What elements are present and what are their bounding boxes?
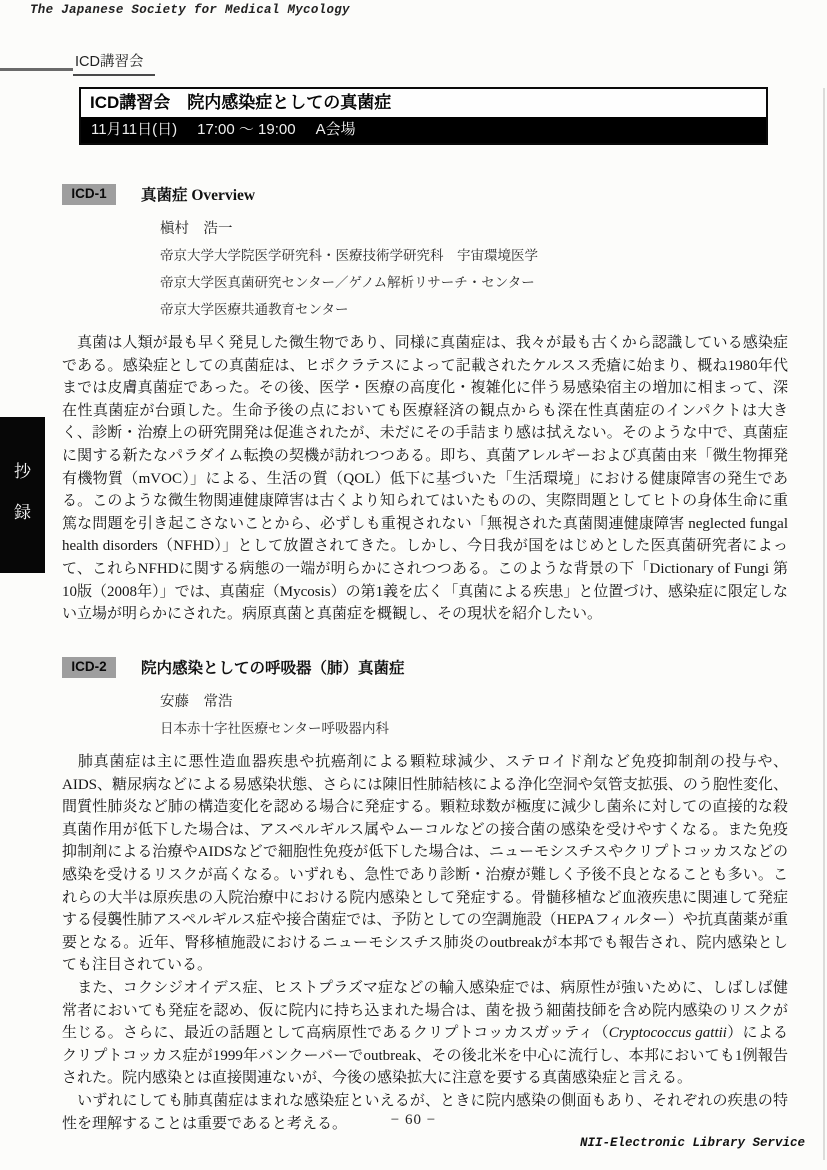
abstract-meta: 安藤 常浩 日本赤十字社医療センター呼吸器内科 xyxy=(160,690,788,737)
running-header: ICD講習会 xyxy=(0,50,155,76)
abstract-title: 真菌症 Overview xyxy=(141,183,255,205)
header-rule xyxy=(0,68,73,71)
session-header-box: ICD講習会 院内感染症としての真菌症 11月11日(日) 17:00 ～ 19… xyxy=(79,87,768,145)
abstract-paragraph: 真菌は人類が最も早く発見した微生物であり、同様に真菌症は、我々が最も古くから認識… xyxy=(62,332,788,626)
library-service-note: NII-Electronic Library Service xyxy=(580,1136,805,1150)
abstract-heading: ICD-1 真菌症 Overview xyxy=(62,183,788,205)
abstract-affiliation: 帝京大学医療共通教育センター xyxy=(160,302,788,318)
abstract-paragraph: 肺真菌症は主に悪性造血器疾患や抗癌剤による顆粒球減少、ステロイド剤など免疫抑制剤… xyxy=(62,751,788,977)
abstract-icd-1: ICD-1 真菌症 Overview 槇村 浩一 帝京大学大学院医学研究科・医療… xyxy=(62,183,788,626)
abstract-author: 槇村 浩一 xyxy=(160,217,788,238)
abstract-affiliation: 帝京大学大学院医学研究科・医療技術学研究科 宇宙環境医学 xyxy=(160,248,788,264)
society-watermark: The Japanese Society for Medical Mycolog… xyxy=(30,3,350,17)
session-time: 17:00 ～ 19:00 xyxy=(197,120,295,139)
species-name: Cryptococcus gattii xyxy=(609,1025,727,1041)
abstract-number-badge: ICD-1 xyxy=(62,184,116,205)
side-tab-char: 録 xyxy=(14,504,31,521)
abstract-body: 真菌は人類が最も早く発見した微生物であり、同様に真菌症は、我々が最も古くから認識… xyxy=(62,332,788,626)
abstract-body: 肺真菌症は主に悪性造血器疾患や抗癌剤による顆粒球減少、ステロイド剤など免疫抑制剤… xyxy=(62,751,788,1135)
abstract-author: 安藤 常浩 xyxy=(160,690,788,711)
abstract-title: 院内感染としての呼吸器（肺）真菌症 xyxy=(141,656,405,678)
session-schedule-bar: 11月11日(日) 17:00 ～ 19:00 A会場 xyxy=(81,117,766,143)
abstract-paragraph: また、コクシジオイデス症、ヒストプラズマ症などの輸入感染症では、病原性が強いため… xyxy=(62,977,788,1090)
side-tab-char: 抄 xyxy=(14,463,31,480)
abstract-meta: 槇村 浩一 帝京大学大学院医学研究科・医療技術学研究科 宇宙環境医学 帝京大学医… xyxy=(160,217,788,318)
session-venue: A会場 xyxy=(316,120,356,139)
abstract-affiliation: 日本赤十字社医療センター呼吸器内科 xyxy=(160,721,788,737)
abstract-heading: ICD-2 院内感染としての呼吸器（肺）真菌症 xyxy=(62,656,788,678)
session-title: ICD講習会 院内感染症としての真菌症 xyxy=(81,89,766,117)
abstract-number-badge: ICD-2 xyxy=(62,657,116,678)
session-date: 11月11日(日) xyxy=(91,120,177,139)
abstract-icd-2: ICD-2 院内感染としての呼吸器（肺）真菌症 安藤 常浩 日本赤十字社医療セン… xyxy=(62,656,788,1135)
document-page: The Japanese Society for Medical Mycolog… xyxy=(0,0,827,1170)
abstract-affiliation: 帝京大学医真菌研究センター／ゲノム解析リサーチ・センター xyxy=(160,275,788,291)
sidebar-tab-abstracts: 抄 録 xyxy=(0,417,45,573)
page-number: − 60 − xyxy=(0,1112,827,1129)
running-header-label: ICD講習会 xyxy=(73,50,155,76)
